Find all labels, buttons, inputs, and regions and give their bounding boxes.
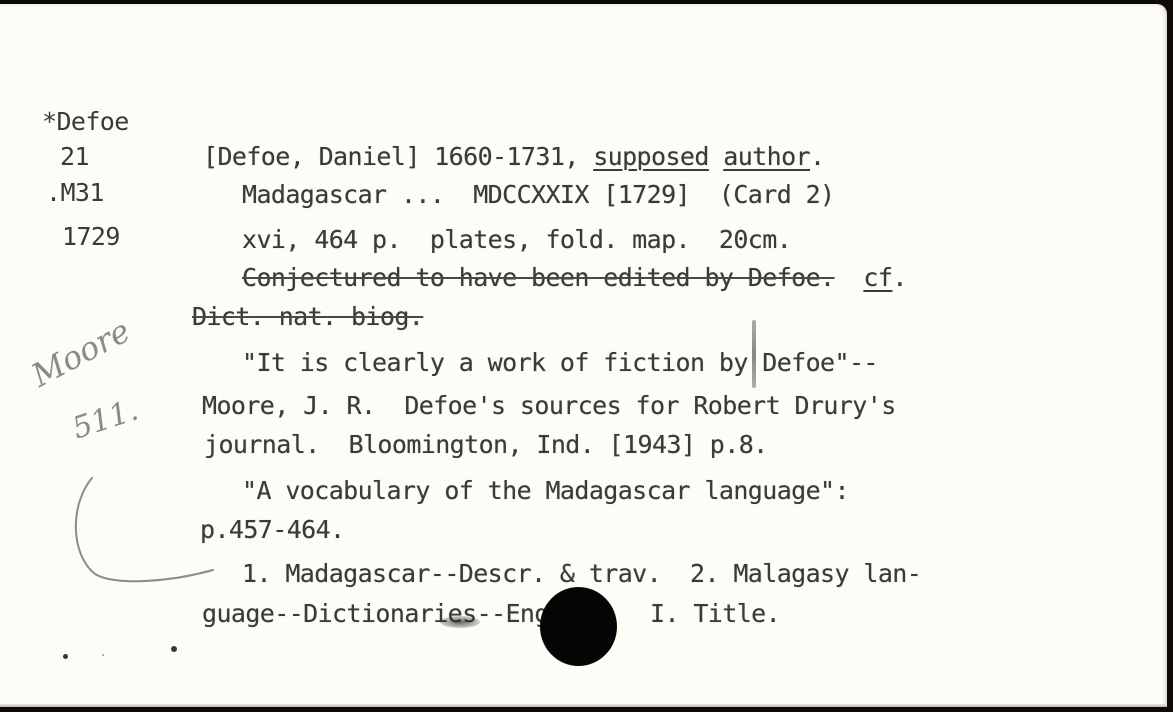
relator-term-author: author (723, 142, 810, 171)
struck-note-source: Dict. nat. biog. (192, 302, 423, 331)
title-statement: Madagascar ... MDCCXXIX [1729] (Card 2) (242, 182, 835, 207)
cf-period: . (892, 263, 906, 292)
quote-note-line-1: "It is clearly a work of fiction by Defo… (242, 350, 878, 375)
tracings-line-1: 1. Madagascar--Descr. & trav. 2. Malagas… (242, 561, 921, 586)
speck (102, 654, 104, 656)
handwritten-bracket-mark (60, 474, 220, 594)
ink-smudge (440, 616, 480, 628)
call-number-year: 1729 (62, 224, 120, 249)
handwritten-page: 511. (68, 393, 142, 447)
catalog-card-scan: *Defoe 21 .M31 1729 [Defoe, Daniel] 1660… (0, 0, 1173, 712)
quote-note-line-3: journal. Bloomington, Ind. [1943] p.8. (204, 432, 768, 457)
vocabulary-note-line-2: p.457-464. (200, 517, 345, 542)
call-number-prefix: *Defoe (42, 109, 129, 134)
cf-abbrev: cf (863, 263, 892, 292)
speck (171, 646, 177, 652)
speck (63, 654, 68, 659)
handwritten-name: Moore (25, 311, 136, 394)
tracings-line-2: guage--Dictionaries--English. I. Title. (202, 601, 780, 626)
catalog-card: *Defoe 21 .M31 1729 [Defoe, Daniel] 1660… (0, 4, 1167, 707)
heading-period: . (810, 142, 824, 171)
author-name: [Defoe, Daniel] 1660-1731, (203, 142, 593, 171)
relator-term-supposed: supposed (593, 142, 709, 171)
collation: xvi, 464 p. plates, fold. map. 20cm. (242, 227, 791, 252)
struck-note-text: Conjectured to have been edited by Defoe… (242, 263, 835, 292)
struck-note-line-2: Dict. nat. biog. (192, 304, 423, 329)
author-heading: [Defoe, Daniel] 1660-1731, supposed auth… (203, 144, 824, 169)
call-number-class: 21 (60, 144, 89, 169)
pencil-mark (752, 320, 756, 388)
quote-note-line-2: Moore, J. R. Defoe's sources for Robert … (202, 393, 896, 418)
call-number-cutter: .M31 (46, 180, 104, 205)
struck-note-line-1: Conjectured to have been edited by Defoe… (242, 265, 907, 290)
punch-hole (540, 587, 617, 666)
vocabulary-note-line-1: "A vocabulary of the Madagascar language… (242, 478, 849, 503)
